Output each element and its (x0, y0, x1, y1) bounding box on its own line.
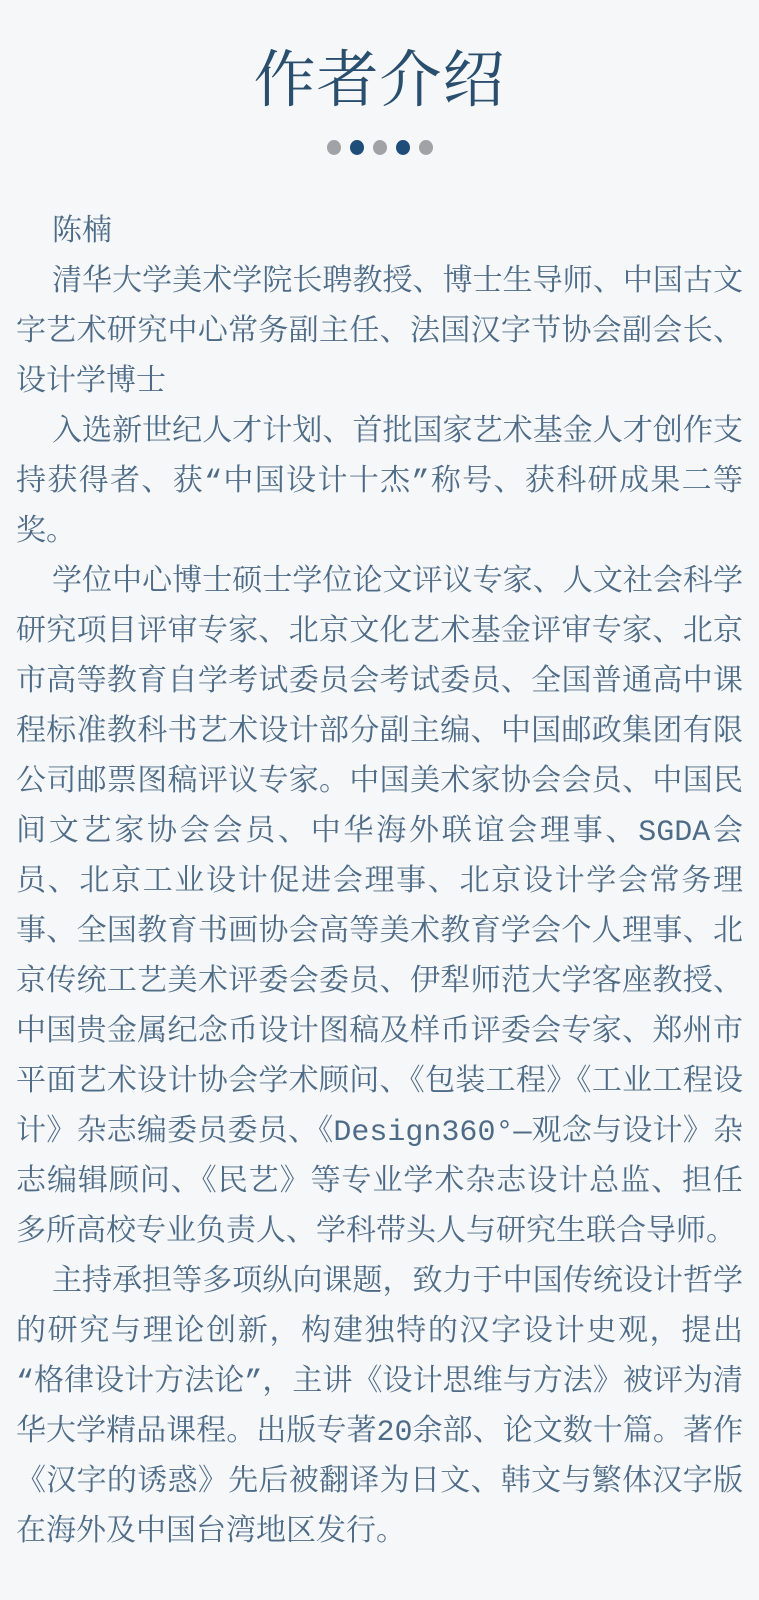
body-paragraph-3: 入选新世纪人才计划、首批国家艺术基金人才创作支持获得者、获“中国设计十杰”称号、… (16, 408, 743, 558)
body-text: 陈楠清华大学美术学院长聘教授、博士生导师、中国古文字艺术研究中心常务副主任、法国… (0, 208, 759, 1558)
dot-icon-4 (396, 140, 410, 155)
dot-icon-1 (327, 140, 341, 155)
body-paragraph-5: 主持承担等多项纵向课题，致力于中国传统设计哲学的研究与理论创新，构建独特的汉字设… (16, 1258, 743, 1558)
dot-icon-2 (350, 140, 364, 155)
chapter-title: 作者介绍 (0, 0, 759, 112)
body-paragraph-2: 清华大学美术学院长聘教授、博士生导师、中国古文字艺术研究中心常务副主任、法国汉字… (16, 258, 743, 408)
reader-page: 作者介绍 陈楠清华大学美术学院长聘教授、博士生导师、中国古文字艺术研究中心常务副… (0, 0, 759, 1600)
dot-icon-5 (419, 140, 433, 155)
body-paragraph-4: 学位中心博士硕士学位论文评议专家、人文社会科学研究项目评审专家、北京文化艺术基金… (16, 558, 743, 1258)
divider-dots (0, 140, 759, 155)
dot-icon-3 (373, 140, 387, 155)
body-paragraph-1: 陈楠 (16, 208, 743, 258)
